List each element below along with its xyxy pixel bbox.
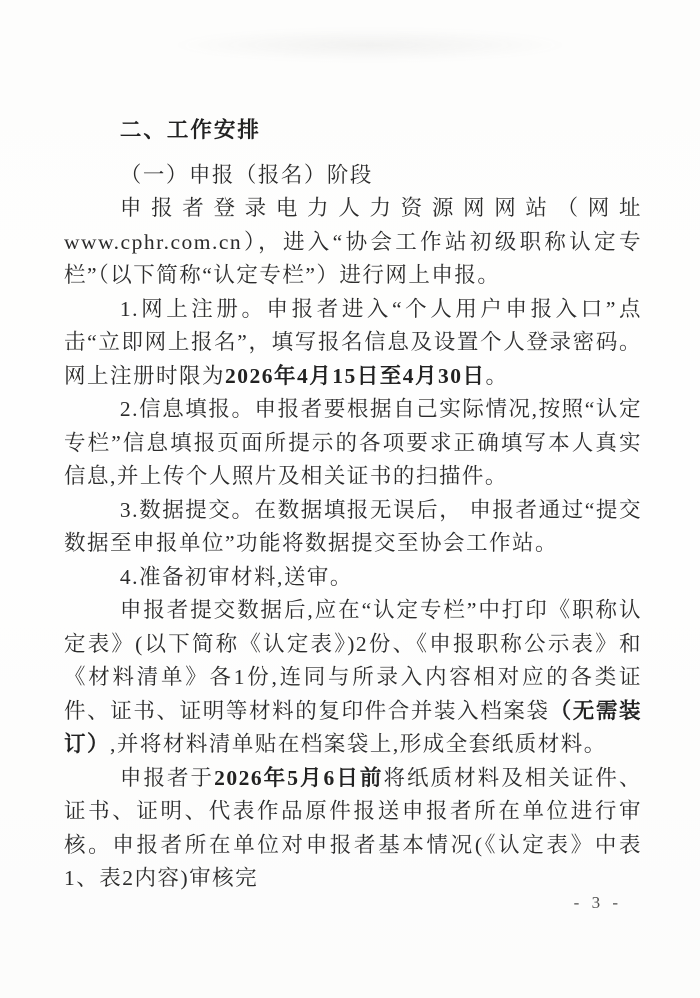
- subsection-heading: （一）申报（报名）阶段: [64, 159, 642, 193]
- paragraph-step3-data-submission: 3.数据提交。在数据填报无误后， 申报者通过“提交数据至申报单位”功能将数据提交…: [64, 494, 642, 561]
- paragraph-text: 2.信息填报。申报者要根据自己实际情况,按照“认定专栏”信息填报页面所提示的各项…: [64, 397, 642, 488]
- paragraph-step2-information-filling: 2.信息填报。申报者要根据自己实际情况,按照“认定专栏”信息填报页面所提示的各项…: [64, 393, 642, 494]
- paragraph-text: 3.数据提交。在数据填报无误后， 申报者通过“提交数据至申报单位”功能将数据提交…: [64, 498, 642, 556]
- registration-deadline-text: 2026年4月15日至4月30日: [225, 364, 486, 388]
- paragraph-text: 。: [486, 364, 509, 388]
- paragraph-print-forms: 申报者提交数据后,应在“认定专栏”中打印《职称认定表》(以下简称《认定表》)2份…: [64, 594, 642, 762]
- section-heading: 二、工作安排: [64, 114, 642, 148]
- document-content: 二、工作安排 （一）申报（报名）阶段 申报者登录电力人力资源网网站（网址www.…: [64, 114, 642, 896]
- paragraph-registration-site: 申报者登录电力人力资源网网站（网址www.cphr.com.cn），进入“协会工…: [64, 192, 642, 293]
- paragraph-text: 申报者于: [120, 766, 214, 790]
- paper-materials-deadline-text: 2026年5月6日前: [214, 766, 383, 790]
- paragraph-step1-online-registration: 1.网上注册。申报者进入“个人用户申报入口”点击“立即网上报名”，填写报名信息及…: [64, 293, 642, 394]
- paragraph-text: ,并将材料清单贴在档案袋上,形成全套纸质材料。: [110, 732, 607, 756]
- paragraph-text: 申报者登录电力人力资源网网站（网址www.cphr.com.cn），进入“协会工…: [64, 196, 642, 287]
- paragraph-submit-paper-materials: 申报者于2026年5月6日前将纸质材料及相关证件、证书、证明、代表作品原件报送申…: [64, 762, 642, 896]
- scanned-document-page: 二、工作安排 （一）申报（报名）阶段 申报者登录电力人力资源网网站（网址www.…: [0, 0, 700, 998]
- scan-bleedthrough-smudge: [170, 28, 570, 62]
- paragraph-step4-review-materials: 4.准备初审材料,送审。: [64, 561, 642, 595]
- page-number: - 3 -: [574, 893, 622, 913]
- paragraph-text: 4.准备初审材料,送审。: [120, 565, 353, 589]
